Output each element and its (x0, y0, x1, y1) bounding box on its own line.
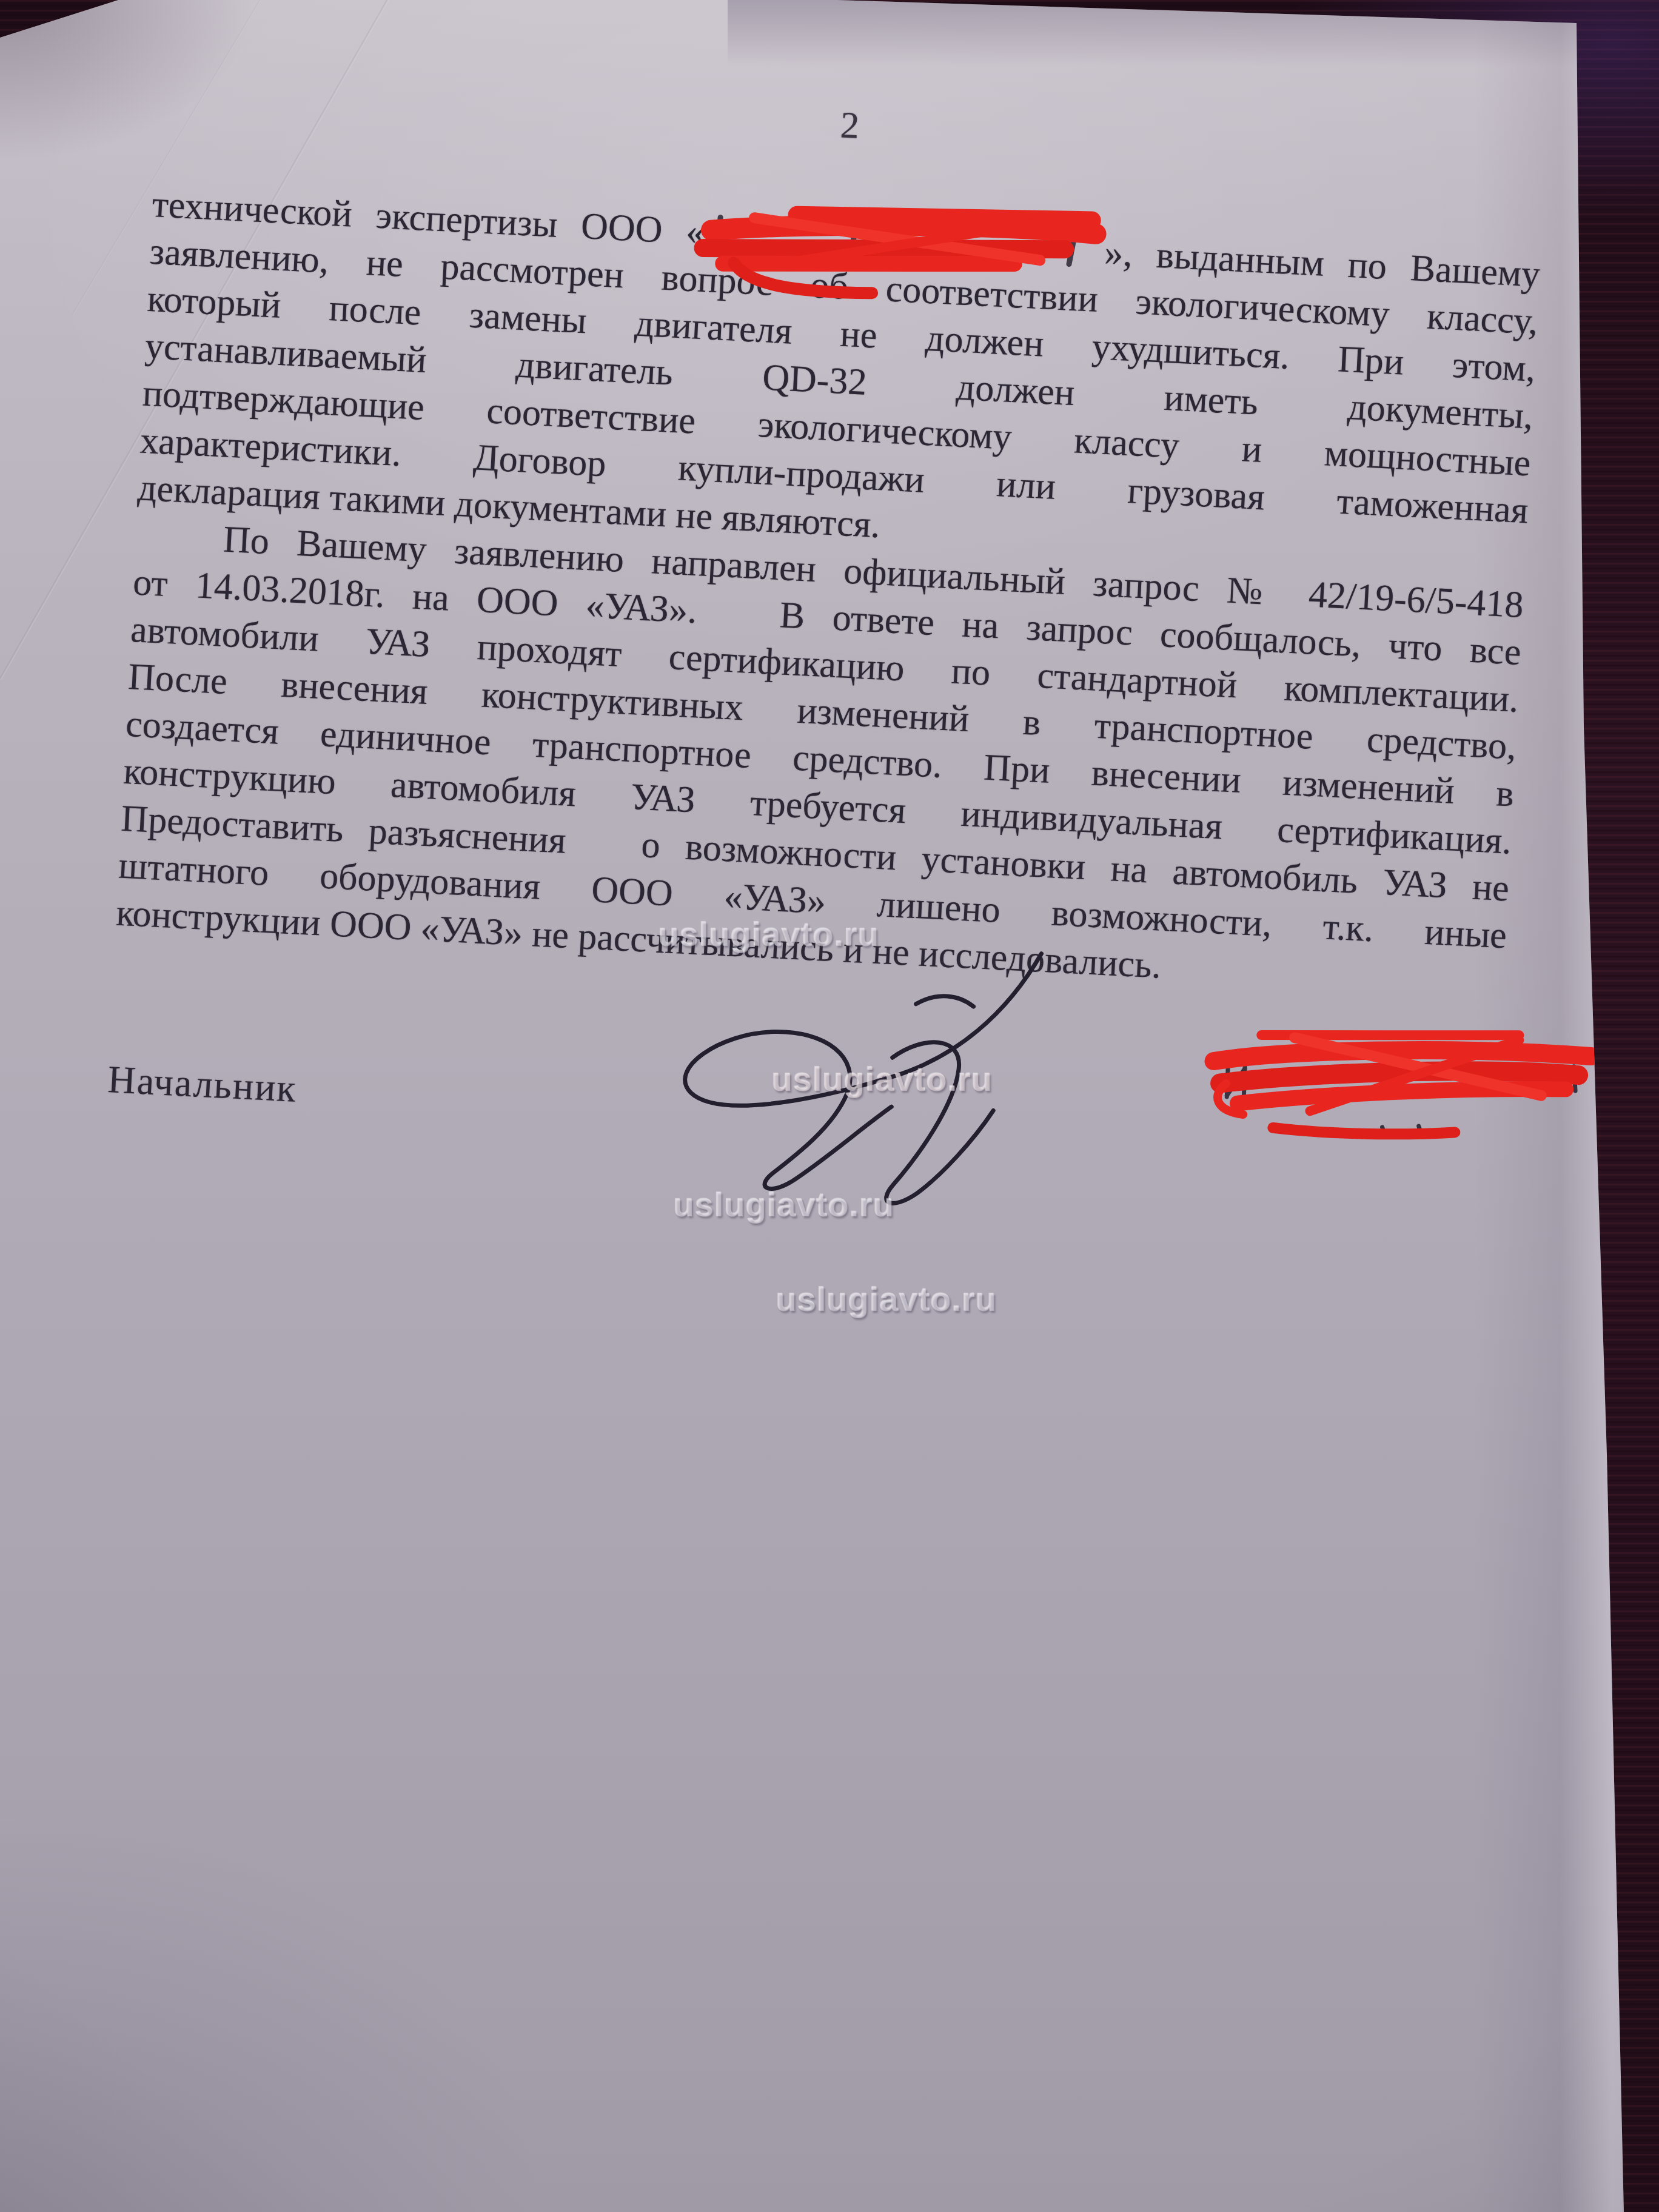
watermark: uslugiavto.ru (659, 914, 880, 954)
signature-title-label: Начальник (107, 1056, 298, 1113)
watermark: uslugiavto.ru (674, 1185, 895, 1224)
redaction-scribble-company (704, 209, 1106, 272)
watermark: uslugiavto.ru (776, 1279, 997, 1319)
paper-sheet: 2 технической экспертизы ООО « », выданн… (0, 0, 1659, 2212)
photo-of-document: { "document": { "page_number": "2", "lin… (0, 0, 1659, 2212)
redaction-scribble-signatory (1199, 1010, 1605, 1167)
page-number: 2 (839, 104, 860, 147)
red-scribble-drawing (694, 185, 1114, 321)
red-scribble-drawing (1199, 1010, 1604, 1164)
text-block: технической экспертизы ООО « », выданным… (115, 181, 1541, 1007)
watermark: uslugiavto.ru (772, 1059, 993, 1099)
